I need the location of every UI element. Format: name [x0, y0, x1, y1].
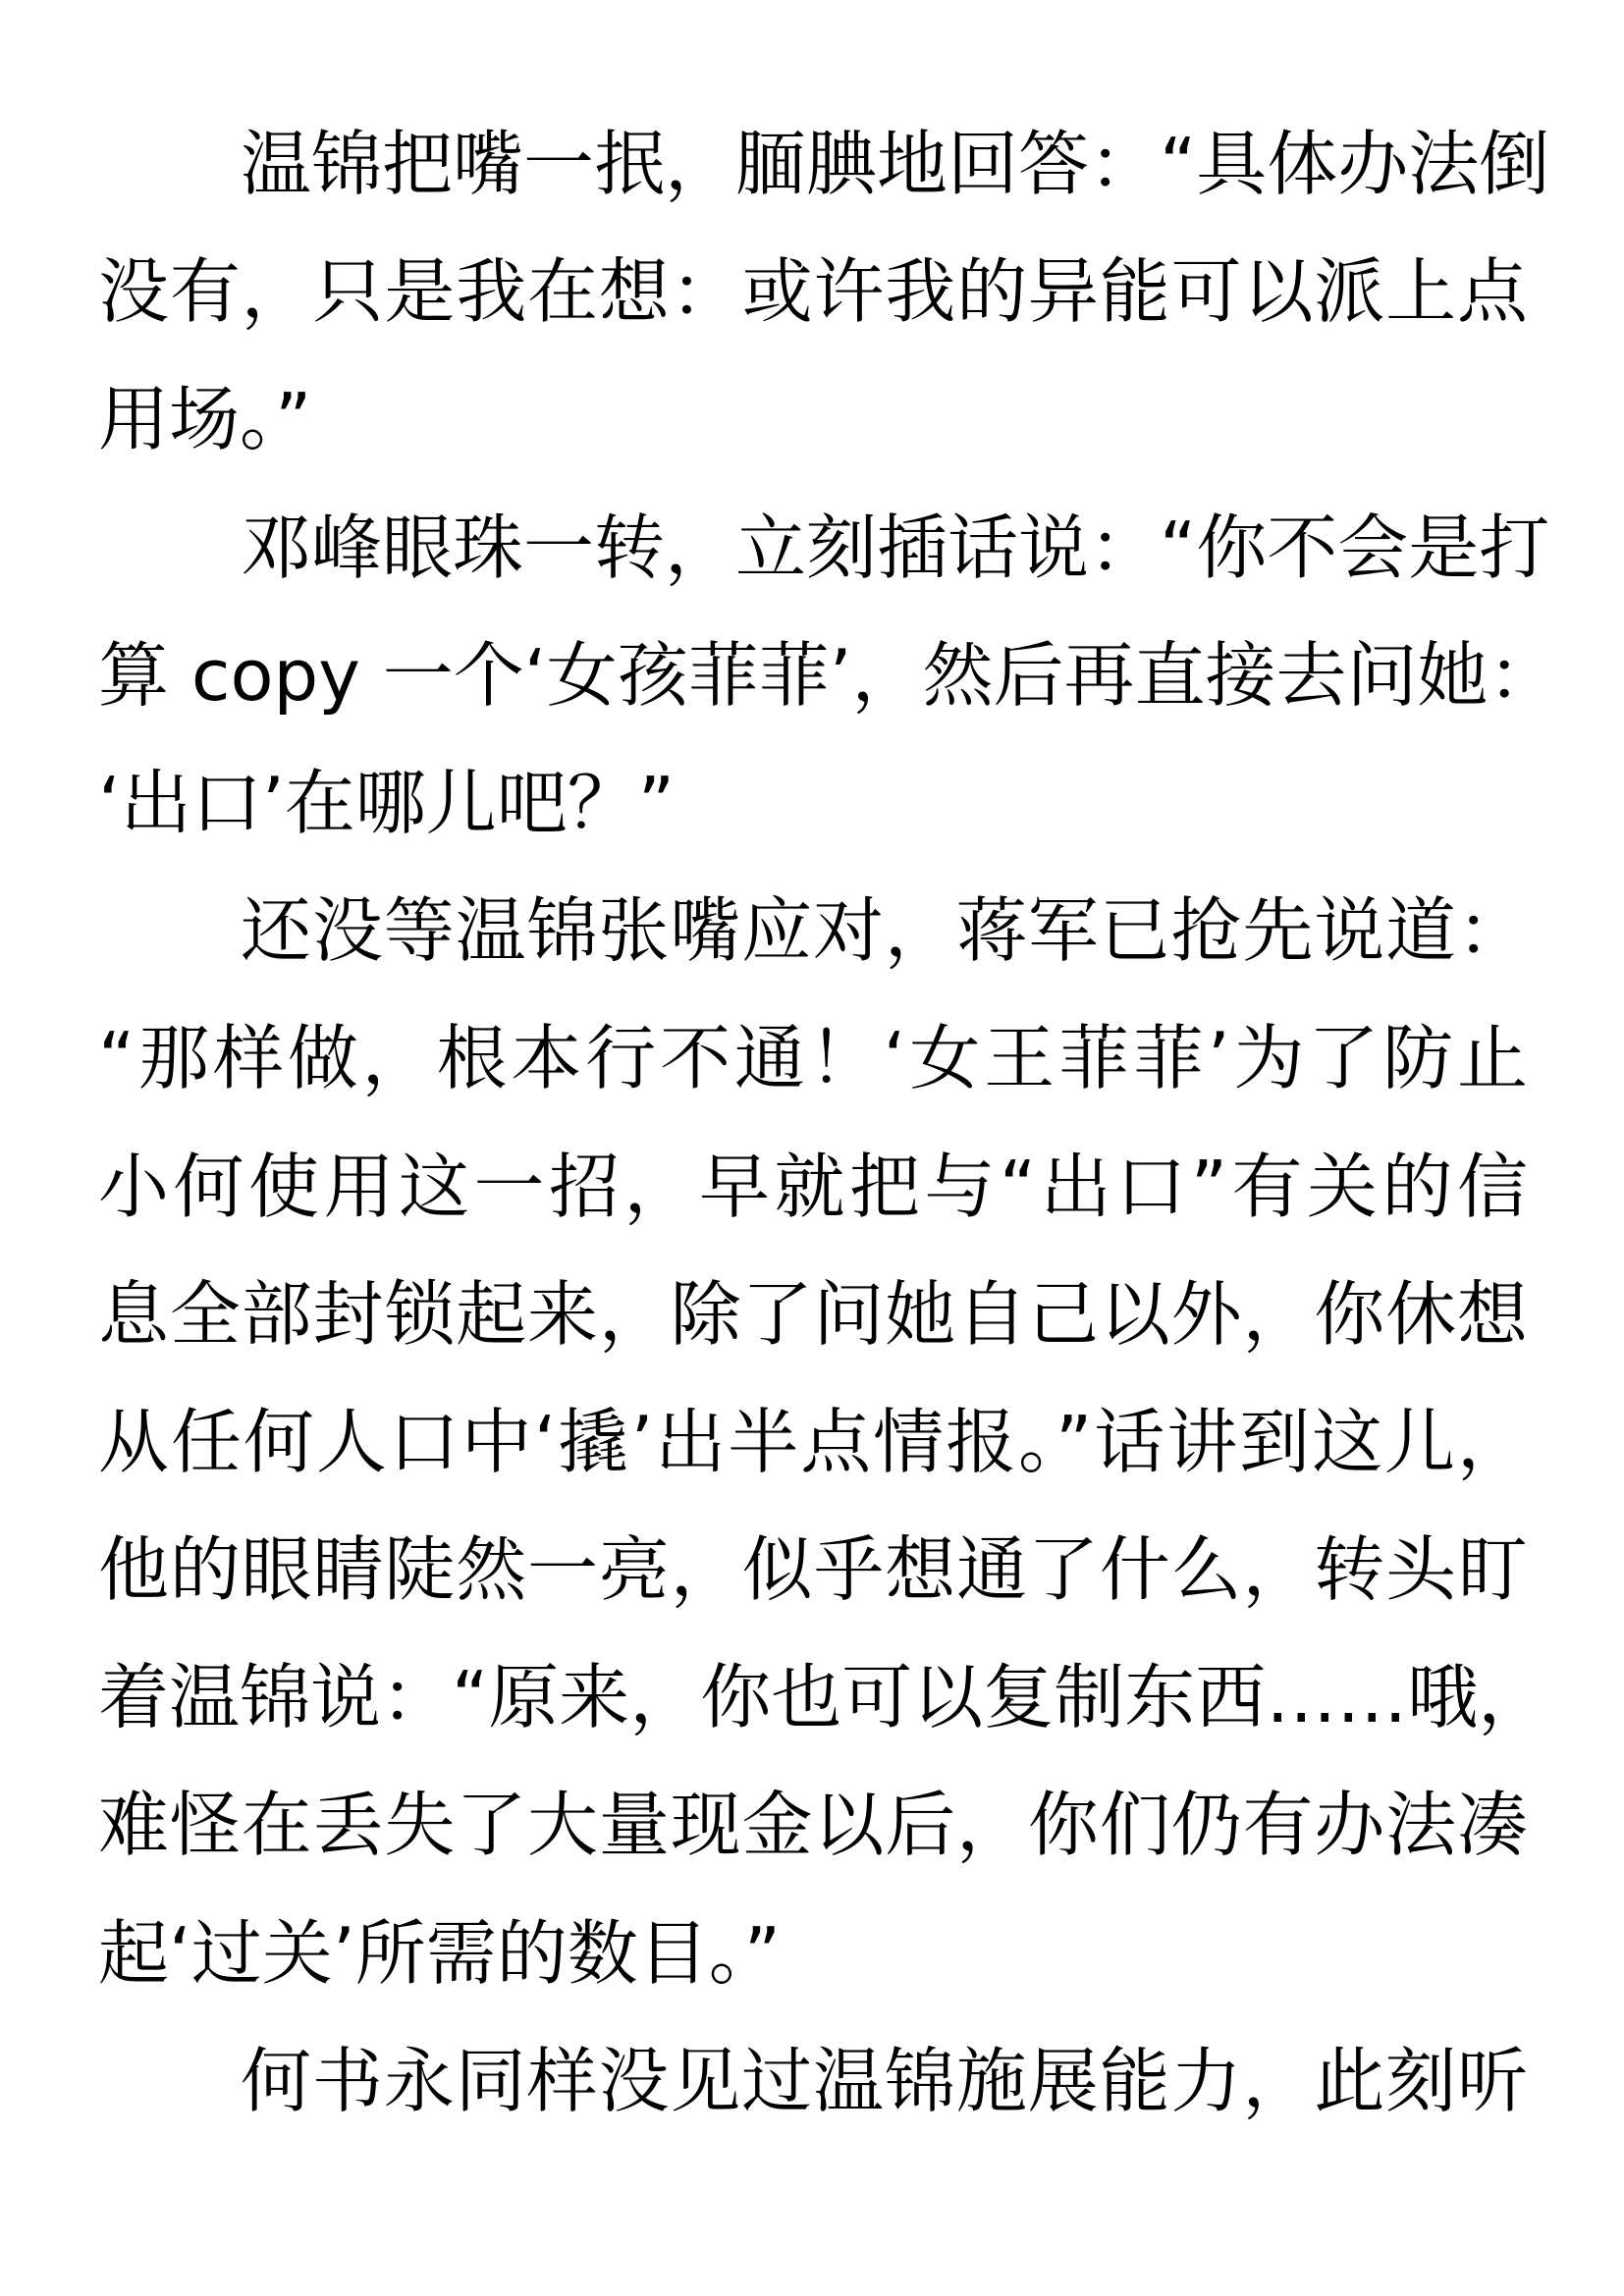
document-page: 温锦把嘴一抿，腼腆地回答：“具体办法倒 没有，只是我在想：或许我的异能可以派上点… [0, 0, 1624, 2296]
paragraph: 温锦把嘴一抿，腼腆地回答：“具体办法倒 没有，只是我在想：或许我的异能可以派上点… [98, 100, 1528, 484]
text-line: 他的眼睛陡然一亮，似乎想通了什么，转头盯 [98, 1506, 1528, 1633]
text-line: 还没等温锦张嘴应对，蒋军已抢先说道： [98, 867, 1528, 994]
text-line: 从任何人口中‘撬’出半点情报。”话讲到这儿， [98, 1378, 1528, 1506]
paragraph: 邓峰眼珠一转，立刻插话说：“你不会是打 算 copy 一个‘女孩菲菲’，然后再直… [98, 484, 1528, 868]
text-line: 邓峰眼珠一转，立刻插话说：“你不会是打 [98, 484, 1528, 612]
text-line: 着温锦说：“原来，你也可以复制东西……哦， [98, 1633, 1528, 1761]
paragraph: 何书永同样没见过温锦施展能力，此刻听 [98, 2017, 1528, 2145]
text-line: 算 copy 一个‘女孩菲菲’，然后再直接去问她： [98, 612, 1528, 739]
text-line: 没有，只是我在想：或许我的异能可以派上点 [98, 228, 1528, 355]
text-line: 用场。” [98, 355, 1528, 483]
paragraph: 还没等温锦张嘴应对，蒋军已抢先说道： “那样做，根本行不通！‘女王菲菲’为了防止… [98, 867, 1528, 2017]
text-line: 息全部封锁起来，除了问她自己以外，你休想 [98, 1251, 1528, 1378]
text-line: “那样做，根本行不通！‘女王菲菲’为了防止 [98, 994, 1528, 1122]
text-line: 起‘过关’所需的数目。” [98, 1890, 1528, 2017]
text-line: 小何使用这一招，早就把与“出口”有关的信 [98, 1123, 1528, 1251]
text-line: 温锦把嘴一抿，腼腆地回答：“具体办法倒 [98, 100, 1528, 228]
text-line: 何书永同样没见过温锦施展能力，此刻听 [98, 2017, 1528, 2145]
body-text: 温锦把嘴一抿，腼腆地回答：“具体办法倒 没有，只是我在想：或许我的异能可以派上点… [98, 100, 1528, 2145]
text-line: 难怪在丢失了大量现金以后，你们仍有办法凑 [98, 1761, 1528, 1889]
text-line: ‘出口’在哪儿吧？” [98, 739, 1528, 867]
